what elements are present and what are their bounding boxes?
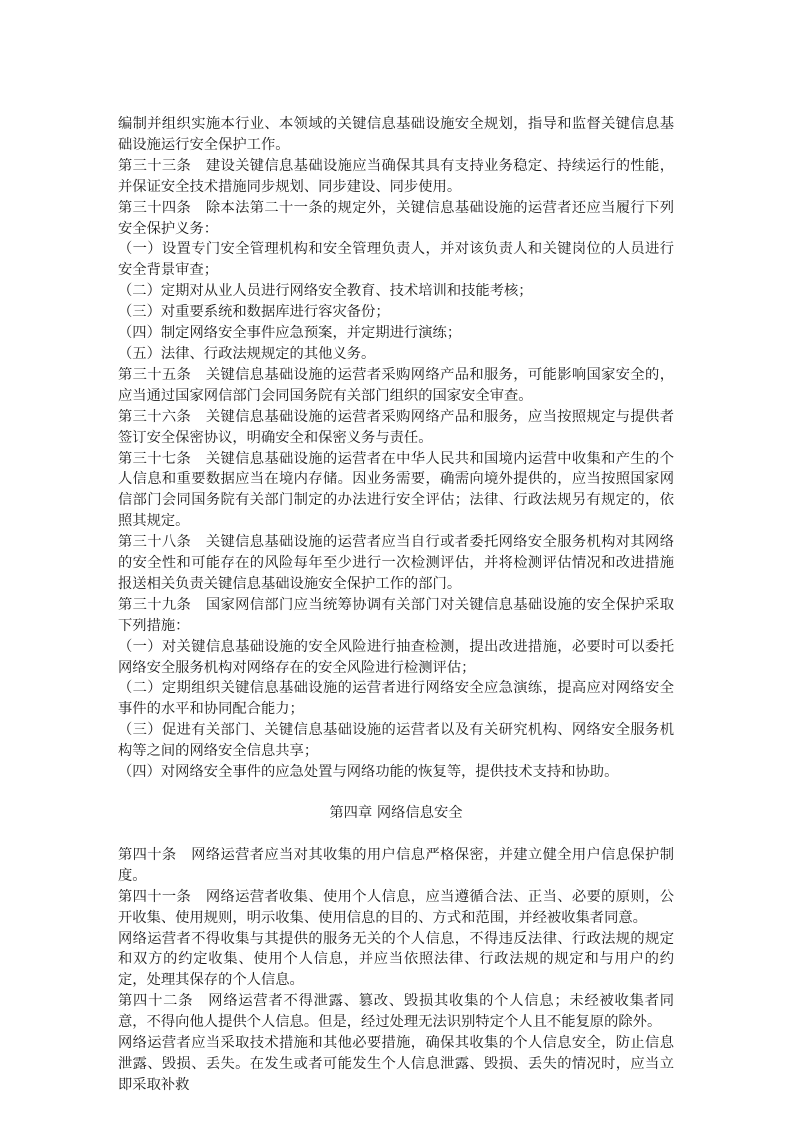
- chapter-heading: 第四章 网络信息安全: [118, 803, 674, 824]
- article-41: 第四十一条 网络运营者收集、使用个人信息，应当遵循合法、正当、必要的原则，公开收…: [118, 887, 674, 929]
- article-41-para-2: 网络运营者不得收集与其提供的服务无关的个人信息，不得违反法律、行政法规的规定和双…: [118, 929, 674, 992]
- article-37: 第三十七条 关键信息基础设施的运营者在中华人民共和国境内运营中收集和产生的个人信…: [118, 449, 674, 533]
- article-42-para-2: 网络运营者应当采取技术措施和其他必要措施，确保其收集的个人信息安全，防止信息泄露…: [118, 1033, 674, 1096]
- article-36: 第三十六条 关键信息基础设施的运营者采购网络产品和服务，应当按照规定与提供者签订…: [118, 407, 674, 449]
- article-34-item-4: （四）制定网络安全事件应急预案，并定期进行演练；: [118, 323, 674, 344]
- article-38: 第三十八条 关键信息基础设施的运营者应当自行或者委托网络安全服务机构对其网络的安…: [118, 532, 674, 595]
- article-39: 第三十九条 国家网信部门应当统筹协调有关部门对关键信息基础设施的安全保护采取下列…: [118, 595, 674, 637]
- document-page: 编制并组织实施本行业、本领域的关键信息基础设施安全规划，指导和监督关键信息基础设…: [118, 114, 674, 1096]
- article-39-item-3: （三）促进有关部门、关键信息基础设施的运营者以及有关研究机构、网络安全服务机构等…: [118, 720, 674, 762]
- article-34-item-1: （一）设置专门安全管理机构和安全管理负责人，并对该负责人和关键岗位的人员进行安全…: [118, 239, 674, 281]
- article-33: 第三十三条 建设关键信息基础设施应当确保其具有支持业务稳定、持续运行的性能，并保…: [118, 156, 674, 198]
- article-40: 第四十条 网络运营者应当对其收集的用户信息严格保密，并建立健全用户信息保护制度。: [118, 845, 674, 887]
- article-39-item-2: （二）定期组织关键信息基础设施的运营者进行网络安全应急演练，提高应对网络安全事件…: [118, 678, 674, 720]
- article-34-item-5: （五）法律、行政法规规定的其他义务。: [118, 344, 674, 365]
- article-42: 第四十二条 网络运营者不得泄露、篡改、毁损其收集的个人信息；未经被收集者同意，不…: [118, 991, 674, 1033]
- paragraph-continuation: 编制并组织实施本行业、本领域的关键信息基础设施安全规划，指导和监督关键信息基础设…: [118, 114, 674, 156]
- article-34-item-2: （二）定期对从业人员进行网络安全教育、技术培训和技能考核；: [118, 281, 674, 302]
- article-34-item-3: （三）对重要系统和数据库进行容灾备份；: [118, 302, 674, 323]
- article-34: 第三十四条 除本法第二十一条的规定外，关键信息基础设施的运营者还应当履行下列安全…: [118, 198, 674, 240]
- article-35: 第三十五条 关键信息基础设施的运营者采购网络产品和服务，可能影响国家安全的，应当…: [118, 365, 674, 407]
- article-39-item-4: （四）对网络安全事件的应急处置与网络功能的恢复等，提供技术支持和协助。: [118, 762, 674, 783]
- article-39-item-1: （一）对关键信息基础设施的安全风险进行抽查检测，提出改进措施，必要时可以委托网络…: [118, 637, 674, 679]
